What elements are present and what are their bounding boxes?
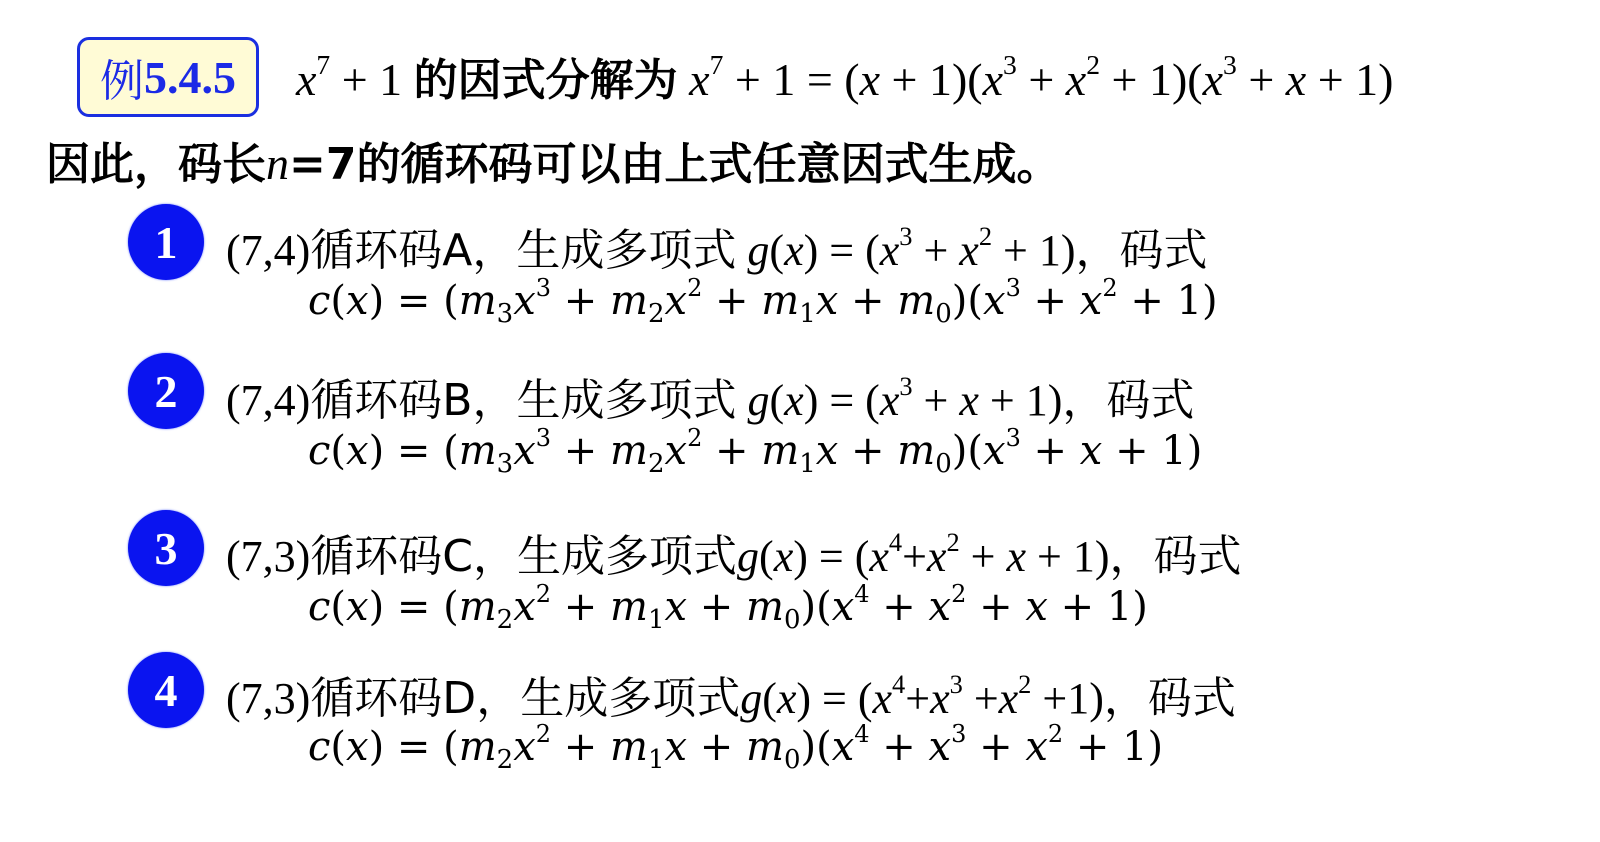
factorization-statement: x7 + 1 的因式分解为 x7 + 1 = (x + 1)(x3 + x2 +… [296,44,1393,108]
item-1-heading: (7,4)循环码A，生成多项式 g(x) = (x3 + x2 + 1)，码式 [226,214,1208,278]
generator-polynomial-4: g(x) = (x4+x3 +x2 +1) [740,674,1104,723]
codeword-polynomial-1: c(x) = (m3x3 + m2x2 + m1x + m0)(x3 + x2 … [308,278,1218,324]
item-3-heading: (7,3)循环码C，生成多项式g(x) = (x4+x2 + x + 1)，码式 [226,520,1241,584]
generator-polynomial-1: g(x) = (x3 + x2 + 1) [747,226,1075,275]
factorization-phrase: 的因式分解为 [414,55,678,106]
conclusion-text: 因此，码长n=7的循环码可以由上式任意因式生成。 [46,128,1060,192]
item-badge-1: 1 [128,204,204,280]
example-number: 5.4.5 [144,51,236,104]
generator-polynomial-2: g(x) = (x3 + x + 1) [748,376,1063,425]
item-badge-2: 2 [128,353,204,429]
example-title-badge: 例5.4.5 [77,37,259,117]
item-2-heading: (7,4)循环码B，生成多项式 g(x) = (x3 + x + 1)，码式 [226,364,1194,428]
example-prefix: 例 [100,45,144,109]
codeword-polynomial-3: c(x) = (m2x2 + m1x + m0)(x4 + x2 + x + 1… [308,584,1148,630]
item-4-heading: (7,3)循环码D，生成多项式g(x) = (x4+x3 +x2 +1)，码式 [226,662,1236,726]
codeword-polynomial-4: c(x) = (m2x2 + m1x + m0)(x4 + x3 + x2 + … [308,724,1163,770]
codeword-polynomial-2: c(x) = (m3x3 + m2x2 + m1x + m0)(x3 + x +… [308,428,1202,474]
generator-polynomial-3: g(x) = (x4+x2 + x + 1) [737,532,1109,581]
item-badge-3: 3 [128,510,204,586]
item-badge-4: 4 [128,652,204,728]
factorization-equation: x7 + 1 = (x + 1)(x3 + x2 + 1)(x3 + x + 1… [689,54,1393,105]
